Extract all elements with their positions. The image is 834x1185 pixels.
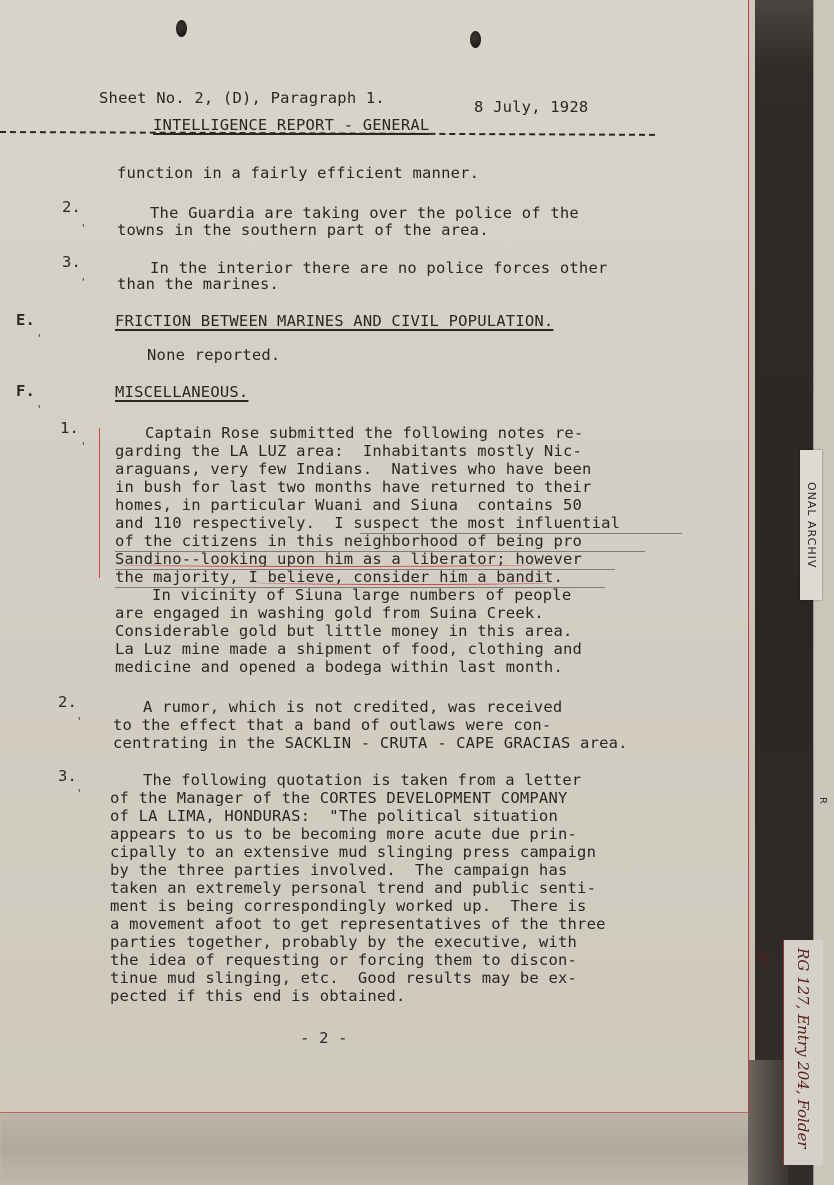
punch-hole bbox=[176, 20, 187, 37]
document-page: Sheet No. 2, (D), Paragraph 1. 8 July, 1… bbox=[0, 0, 749, 1113]
item-line: The Guardia are taking over the police o… bbox=[150, 204, 579, 222]
continuation-text: function in a fairly efficient manner. bbox=[117, 164, 479, 182]
sheet-reference: Sheet No. 2, (D), Paragraph 1. bbox=[99, 89, 385, 107]
item-line: of LA LIMA, HONDURAS: "The political sit… bbox=[110, 807, 558, 825]
item-line: the idea of requesting or forcing them t… bbox=[110, 951, 577, 969]
item-line: and 110 respectively. I suspect the most… bbox=[115, 514, 620, 532]
item-number: 1. bbox=[60, 419, 79, 437]
archive-stamp-r: R bbox=[812, 775, 832, 825]
item-number: 2. bbox=[62, 198, 81, 216]
stray-mark: ' bbox=[36, 403, 43, 416]
item-line: parties together, probably by the execut… bbox=[110, 933, 577, 951]
stray-mark: ' bbox=[36, 332, 43, 345]
pencil-underline bbox=[360, 533, 682, 534]
item-line: The following quotation is taken from a … bbox=[143, 771, 581, 789]
item-line: garding the LA LUZ area: Inhabitants mos… bbox=[115, 442, 582, 460]
section-letter: E. bbox=[16, 311, 35, 329]
page-number: - 2 - bbox=[300, 1029, 348, 1047]
section-heading-friction: FRICTION BETWEEN MARINES AND CIVIL POPUL… bbox=[115, 312, 553, 330]
header-divider bbox=[0, 131, 655, 136]
item-line: pected if this end is obtained. bbox=[110, 987, 406, 1005]
item-line: La Luz mine made a shipment of food, clo… bbox=[115, 640, 582, 658]
pencil-underline bbox=[115, 569, 615, 570]
stray-mark: ' bbox=[76, 787, 83, 800]
item-line: ment is being correspondingly worked up.… bbox=[110, 897, 587, 915]
item-line: by the three parties involved. The campa… bbox=[110, 861, 568, 879]
item-line: medicine and opened a bodega within last… bbox=[115, 658, 563, 676]
item-number: 2. bbox=[58, 693, 77, 711]
item-number: 3. bbox=[58, 767, 77, 785]
item-line: appears to us to be becoming more acute … bbox=[110, 825, 577, 843]
item-line: of the Manager of the CORTES DEVELOPMENT… bbox=[110, 789, 568, 807]
item-line: homes, in particular Wuani and Siuna con… bbox=[115, 496, 582, 514]
pencil-underline bbox=[115, 551, 645, 552]
pencil-underline bbox=[115, 587, 605, 588]
item-line: centrating in the SACKLIN - CRUTA - CAPE… bbox=[113, 734, 628, 752]
stray-mark: ' bbox=[76, 715, 83, 728]
red-underline bbox=[115, 562, 535, 567]
section-heading-miscellaneous: MISCELLANEOUS. bbox=[115, 383, 248, 401]
item-line: A rumor, which is not credited, was rece… bbox=[143, 698, 562, 716]
red-margin-mark bbox=[99, 428, 100, 578]
item-line: towns in the southern part of the area. bbox=[117, 221, 489, 239]
stray-mark: ' bbox=[80, 276, 87, 289]
item-line: a movement afoot to get representatives … bbox=[110, 915, 606, 933]
archive-stamp-label: ONAL ARCHIV bbox=[800, 450, 822, 600]
report-date: 8 July, 1928 bbox=[474, 98, 588, 116]
stray-mark: ' bbox=[80, 222, 87, 235]
item-line: Considerable gold but little money in th… bbox=[115, 622, 573, 640]
item-line: than the marines. bbox=[117, 275, 279, 293]
item-line: in bush for last two months have returne… bbox=[115, 478, 592, 496]
red-underline bbox=[255, 580, 555, 585]
punch-hole bbox=[470, 31, 481, 48]
item-line: of the citizens in this neighborhood of … bbox=[115, 532, 582, 550]
item-line: In vicinity of Siuna large numbers of pe… bbox=[152, 586, 571, 604]
scanner-shadow bbox=[0, 1112, 760, 1185]
item-number: 3. bbox=[62, 253, 81, 271]
binding-strip-shadow bbox=[748, 1060, 788, 1185]
item-line: araguans, very few Indians. Natives who … bbox=[115, 460, 592, 478]
item-line: are engaged in washing gold from Suina C… bbox=[115, 604, 544, 622]
item-line: cipally to an extensive mud slinging pre… bbox=[110, 843, 596, 861]
section-letter: F. bbox=[16, 382, 35, 400]
item-line: Captain Rose submitted the following not… bbox=[145, 424, 583, 442]
stray-mark: ' bbox=[80, 440, 87, 453]
item-line: taken an extremely personal trend and pu… bbox=[110, 879, 596, 897]
item-line: tinue mud slinging, etc. Good results ma… bbox=[110, 969, 577, 987]
handwritten-archive-reference: RG 127, Entry 204, Folder 20 bbox=[783, 940, 823, 1165]
item-line: to the effect that a band of outlaws wer… bbox=[113, 716, 551, 734]
section-body: None reported. bbox=[147, 346, 280, 364]
